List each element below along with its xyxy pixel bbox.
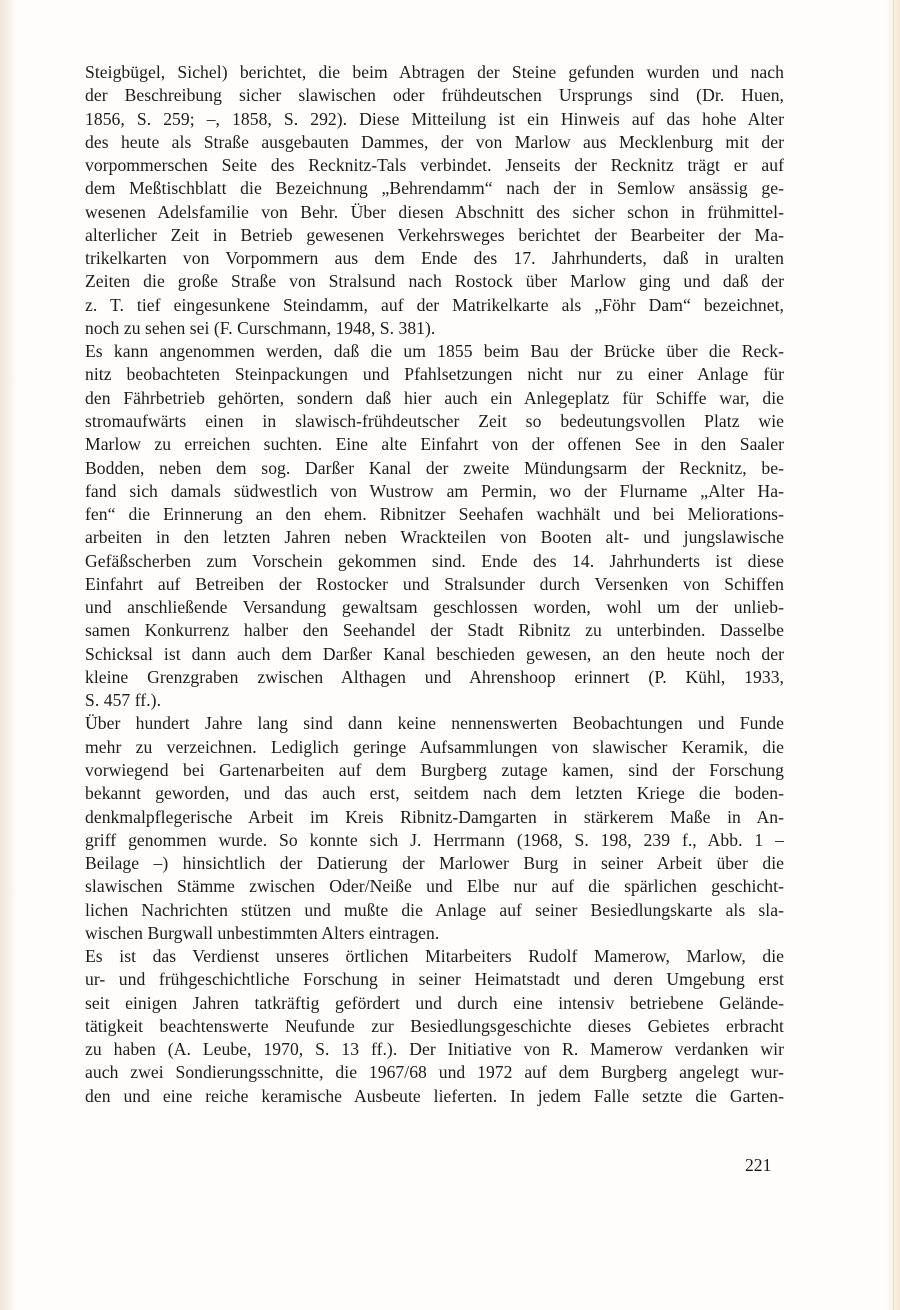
text-line: 1856, S. 259; –, 1858, S. 292). Diese Mi… bbox=[85, 108, 784, 131]
text-line: Beilage –) hinsichtlich der Datierung de… bbox=[85, 852, 784, 875]
text-line: Marlow zu erreichen suchten. Eine alte E… bbox=[85, 433, 784, 456]
page-number: 221 bbox=[745, 1153, 771, 1177]
text-line: und anschließende Versandung gewaltsam g… bbox=[85, 596, 784, 619]
text-line: tätigkeit beachtenswerte Neufunde zur Be… bbox=[85, 1015, 784, 1038]
paragraph-2: Es kann angenommen werden, daß die um 18… bbox=[85, 340, 784, 712]
text-line: den und eine reiche keramische Ausbeute … bbox=[85, 1085, 784, 1108]
text-line: lichen Nachrichten stützen und mußte die… bbox=[85, 899, 784, 922]
text-line: zu haben (A. Leube, 1970, S. 13 ff.). De… bbox=[85, 1038, 784, 1061]
text-line: wischen Burgwall unbestimmten Alters ein… bbox=[85, 922, 784, 945]
body-text: Steigbügel, Sichel) berichtet, die beim … bbox=[85, 61, 784, 1108]
text-line: auch zwei Sondierungsschnitte, die 1967/… bbox=[85, 1061, 784, 1084]
text-line: bekannt geworden, und das auch erst, sei… bbox=[85, 782, 784, 805]
text-line: denkmalpflegerische Arbeit im Kreis Ribn… bbox=[85, 806, 784, 829]
text-line: Bodden, neben dem sog. Darßer Kanal der … bbox=[85, 457, 784, 480]
text-line: alterlicher Zeit in Betrieb gewesenen Ve… bbox=[85, 224, 784, 247]
text-line: nitz beobachteten Steinpackungen und Pfa… bbox=[85, 363, 784, 386]
text-line: den Fährbetrieb gehörten, sondern daß hi… bbox=[85, 387, 784, 410]
text-line: vorpommerschen Seite des Recknitz-Tals v… bbox=[85, 154, 784, 177]
text-line: slawischen Stämme zwischen Oder/Neiße un… bbox=[85, 875, 784, 898]
text-line: dem Meßtischblatt die Bezeichnung „Behre… bbox=[85, 177, 784, 200]
text-line: wesenen Adelsfamilie von Behr. Über dies… bbox=[85, 201, 784, 224]
text-line: stromaufwärts einen in slawisch-frühdeut… bbox=[85, 410, 784, 433]
paragraph-4: Es ist das Verdienst unseres örtlichen M… bbox=[85, 945, 784, 1108]
text-line: griff genommen wurde. So konnte sich J. … bbox=[85, 829, 784, 852]
text-line: arbeiten in den letzten Jahren neben Wra… bbox=[85, 526, 784, 549]
text-line: z. T. tief eingesunkene Steindamm, auf d… bbox=[85, 294, 784, 317]
text-line: mehr zu verzeichnen. Lediglich geringe A… bbox=[85, 736, 784, 759]
text-line: des heute als Straße ausgebauten Dammes,… bbox=[85, 131, 784, 154]
paragraph-1: Steigbügel, Sichel) berichtet, die beim … bbox=[85, 61, 784, 340]
page-right-edge-shadow bbox=[886, 0, 900, 1310]
text-line: kleine Grenzgraben zwischen Althagen und… bbox=[85, 666, 784, 689]
text-line: Zeiten die große Straße von Stralsund na… bbox=[85, 270, 784, 293]
text-line: Gefäßscherben zum Vorschein gekommen sin… bbox=[85, 550, 784, 573]
text-line: trikelkarten von Vorpommern aus dem Ende… bbox=[85, 247, 784, 270]
text-line: Über hundert Jahre lang sind dann keine … bbox=[85, 712, 784, 735]
text-line: fen“ die Erinnerung an den ehem. Ribnitz… bbox=[85, 503, 784, 526]
paragraph-3: Über hundert Jahre lang sind dann keine … bbox=[85, 712, 784, 945]
text-line: der Beschreibung sicher slawischen oder … bbox=[85, 84, 784, 107]
text-line: Es kann angenommen werden, daß die um 18… bbox=[85, 340, 784, 363]
text-line: noch zu sehen sei (F. Curschmann, 1948, … bbox=[85, 317, 784, 340]
text-line: seit einigen Jahren tatkräftig gefördert… bbox=[85, 992, 784, 1015]
text-line: Einfahrt auf Betreiben der Rostocker und… bbox=[85, 573, 784, 596]
text-line: Es ist das Verdienst unseres örtlichen M… bbox=[85, 945, 784, 968]
text-line: samen Konkurrenz halber den Seehandel de… bbox=[85, 619, 784, 642]
text-line: S. 457 ff.). bbox=[85, 689, 784, 712]
page-left-edge-shadow bbox=[0, 0, 16, 1310]
text-line: ur- und frühgeschichtliche Forschung in … bbox=[85, 968, 784, 991]
text-line: Schicksal ist dann auch dem Darßer Kanal… bbox=[85, 643, 784, 666]
text-line: vorwiegend bei Gartenarbeiten auf dem Bu… bbox=[85, 759, 784, 782]
text-line: fand sich damals südwestlich von Wustrow… bbox=[85, 480, 784, 503]
text-line: Steigbügel, Sichel) berichtet, die beim … bbox=[85, 61, 784, 84]
